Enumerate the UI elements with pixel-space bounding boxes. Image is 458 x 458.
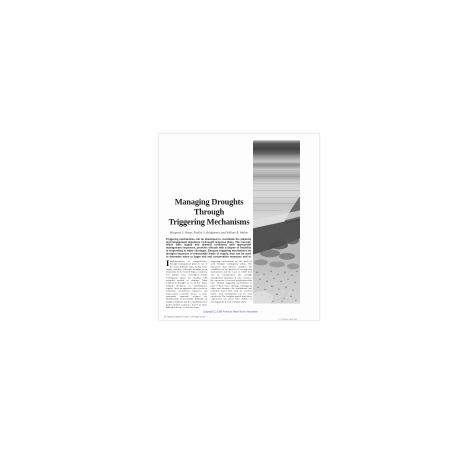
body-column-1: Implementation of comprehensive drought … [166,260,207,309]
article-abstract: Triggering mechanisms can be developed t… [166,238,251,259]
article-title-line: Triggering Mechanisms [166,217,252,227]
article-byline: Margaret S. Hrezo, Phyllis G. Bridgeman,… [166,231,252,234]
footer-copyright: Copyright (C) 1986 American Water Works … [203,311,258,313]
body-column-1-text: mplementation of comprehensive drought m… [166,260,207,309]
body-column-2: triggering mechanisms are the basis of s… [211,260,252,309]
shoreline-photo-art [253,140,300,303]
footer-journal-label: JOURNAL AWWA [278,318,297,320]
article-page: Managing Droughts Through Triggering Mec… [158,133,320,321]
shoreline-photo [253,140,300,303]
footer-page-label: 42 MANAGEMENT AND OPERATIONS [164,316,206,318]
article-title-line: Managing Droughts [166,197,252,207]
canvas: { "colors": { "accent": "#5b5bab", "page… [0,0,458,458]
article-title-line: Through [166,207,252,217]
article-page-content: Managing Droughts Through Triggering Mec… [159,134,321,322]
article-title: Managing Droughts Through Triggering Mec… [166,197,252,227]
article-body: Implementation of comprehensive drought … [166,260,252,309]
